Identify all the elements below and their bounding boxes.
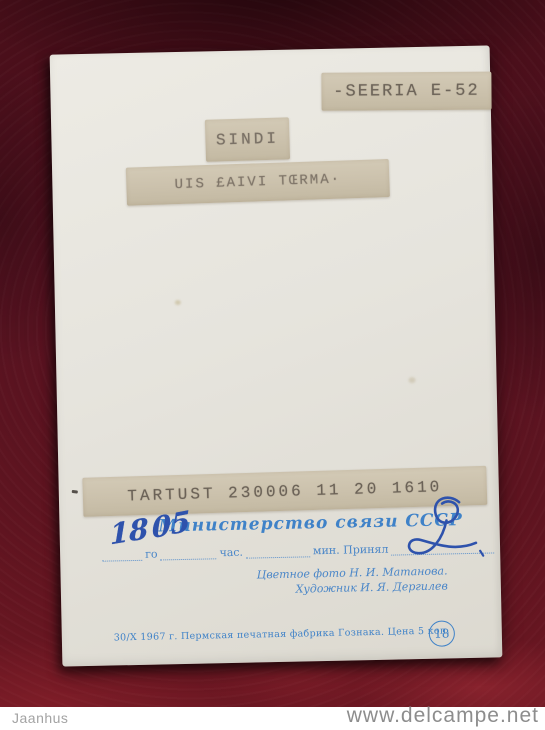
dotted-line <box>161 556 217 560</box>
tape-label-sindi: SINDI <box>205 117 290 161</box>
credits-block: Цветное фото Н. И. Матанова. Художник И.… <box>187 563 448 598</box>
tape-label-laivi: UIS £AIVI TŒRMA· <box>126 159 390 206</box>
form-label-go: го <box>142 547 161 560</box>
delcampe-watermark: www.delcampe.net <box>347 704 539 728</box>
paper-stain <box>175 300 181 305</box>
postcard-back: -SEERIA E-52 SINDI UIS £AIVI TŒRMA· TART… <box>50 45 503 666</box>
dotted-line <box>246 554 310 558</box>
form-label-chas: час. <box>216 546 246 560</box>
signature-handwriting <box>395 494 488 566</box>
seller-watermark: Jaanhus <box>12 710 68 726</box>
pen-tick-mark <box>72 490 78 494</box>
circled-number-badge: 18 <box>429 620 456 647</box>
photo-background-leather: -SEERIA E-52 SINDI UIS £AIVI TŒRMA· TART… <box>0 0 545 730</box>
tape-label-seeria: -SEERIA E-52 <box>321 72 491 111</box>
handwritten-minutes: 05 <box>152 504 191 545</box>
handwritten-hours: 18 <box>110 512 149 552</box>
dotted-line <box>102 558 142 562</box>
paper-stain <box>408 377 415 383</box>
form-label-min-prinyal: мин. Принял <box>310 543 392 558</box>
